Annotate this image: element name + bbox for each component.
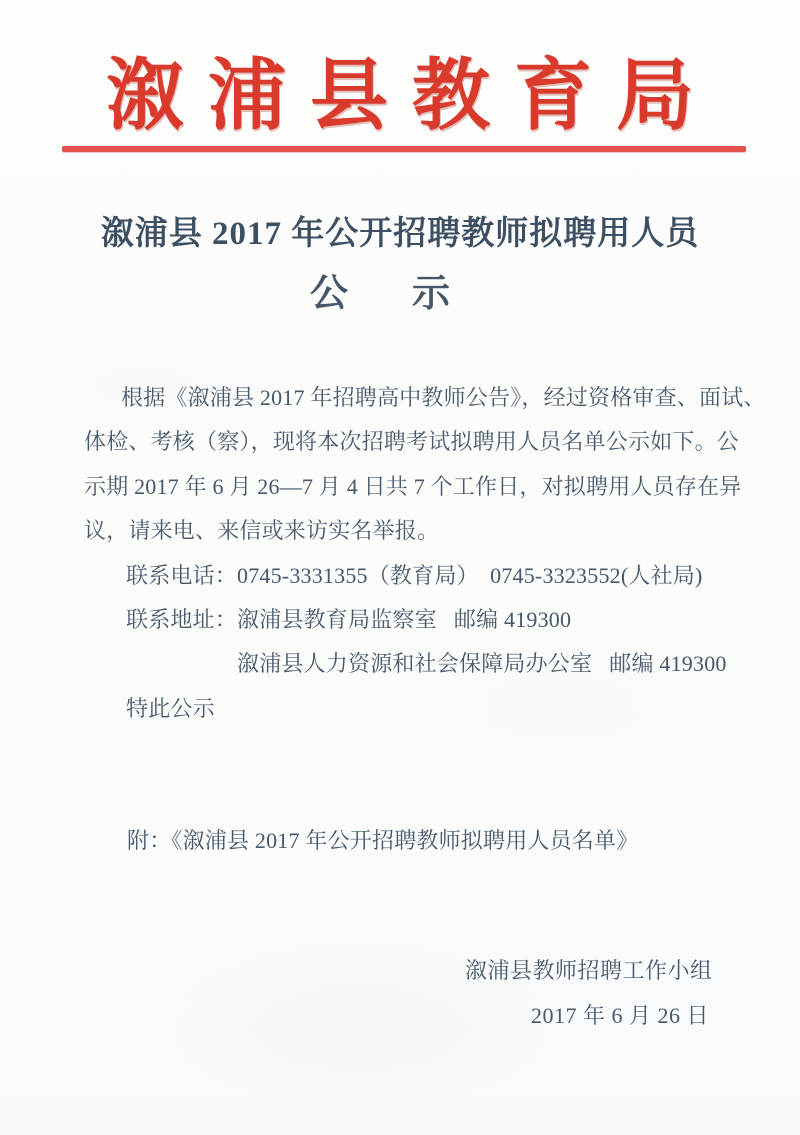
contact-address-line-2: 溆浦县人力资源和社会保障局办公室 邮编 419300 [237, 649, 727, 679]
document-title: 溆浦县 2017 年公开招聘教师拟聘用人员 [0, 214, 800, 254]
subtitle-char-right: 示 [412, 272, 450, 316]
contact-address-line: 联系地址：溆浦县教育局监察室 邮编 419300 [126, 605, 571, 635]
document-page: 溆浦县教育局 溆浦县 2017 年公开招聘教师拟聘用人员 公 示 根据《溆浦县 … [0, 0, 800, 1135]
body-paragraph-line-4: 议，请来电、来信或来访实名举报。 [84, 516, 439, 546]
closing-statement: 特此公示 [126, 694, 215, 724]
signature-date: 2017 年 6 月 26 日 [531, 1001, 709, 1031]
attachment-reference: 附：《溆浦县 2017 年公开招聘教师拟聘用人员名单》 [127, 826, 638, 856]
body-paragraph-line-1: 根据《溆浦县 2017 年招聘高中教师公告》，经过资格审查、面试、 [121, 383, 766, 413]
document-subtitle: 公 示 [0, 272, 780, 316]
body-paragraph-line-3: 示期 2017 年 6 月 26—7 月 4 日共 7 个工作日，对拟聘用人员存… [84, 472, 741, 502]
org-name-header: 溆浦县教育局 [0, 50, 800, 142]
subtitle-char-left: 公 [310, 272, 348, 316]
signature-organization: 溆浦县教师招聘工作小组 [465, 956, 713, 986]
header-divider-line [62, 146, 746, 152]
body-paragraph-line-2: 体检、考核（察），现将本次招聘考试拟聘用人员名单公示如下。公 [84, 427, 739, 457]
contact-phone-line: 联系电话：0745-3331355（教育局） 0745-3323552(人社局) [126, 561, 703, 591]
